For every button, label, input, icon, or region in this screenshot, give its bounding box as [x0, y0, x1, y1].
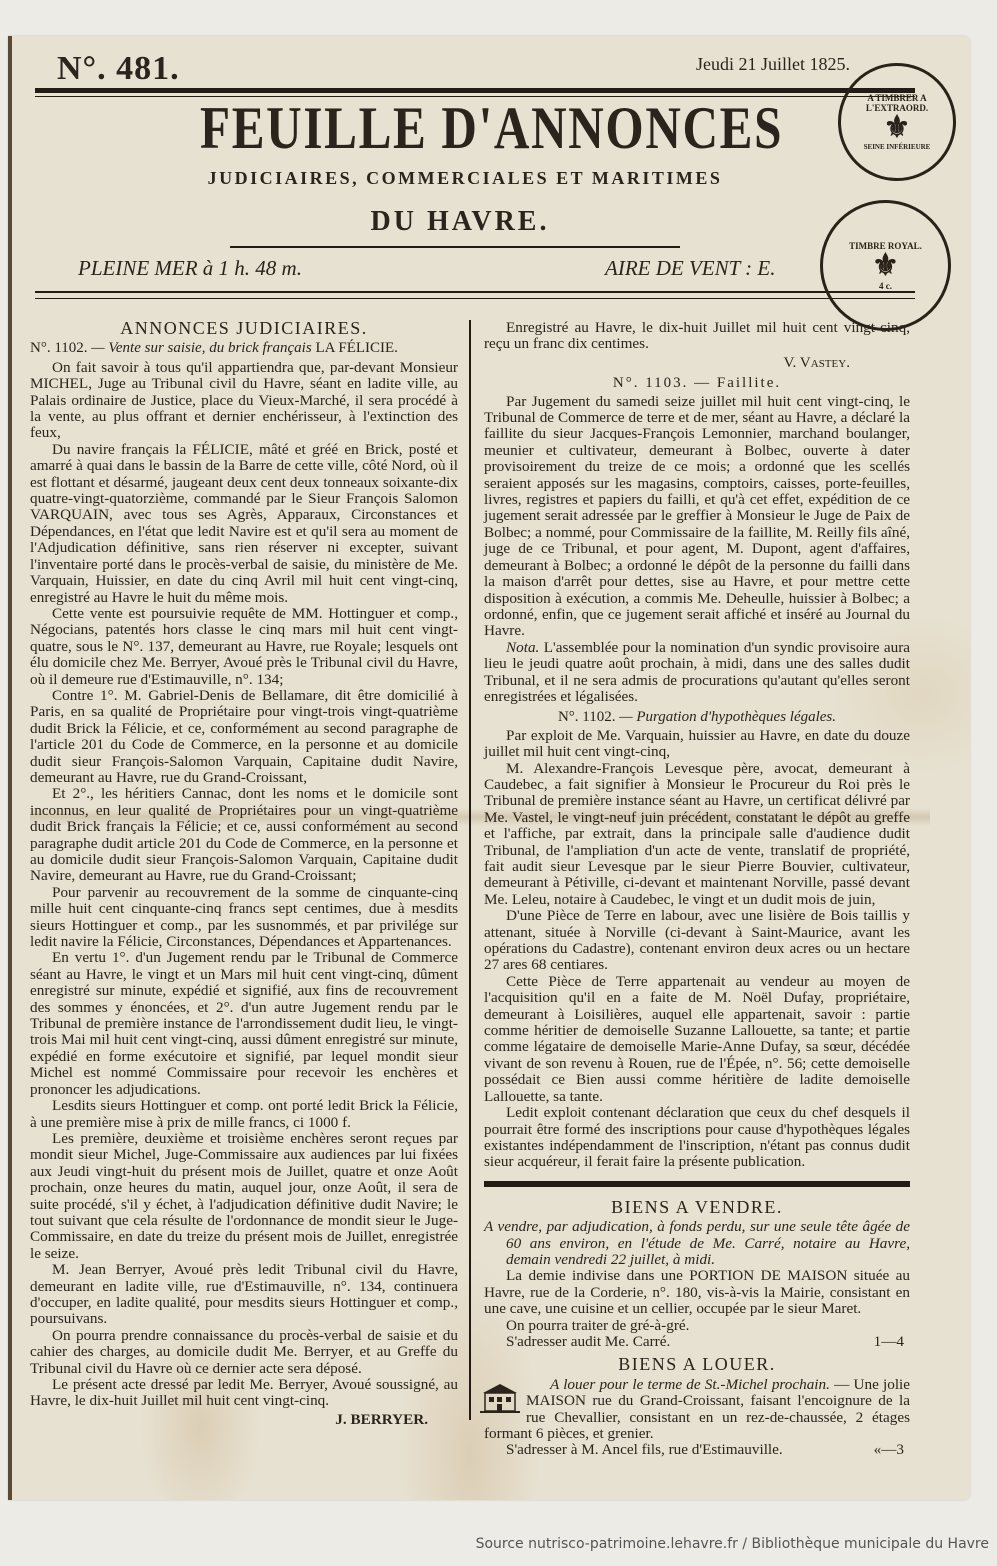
- masthead-rule-top: [35, 88, 915, 93]
- rent-ref: «—3: [852, 1442, 910, 1458]
- notice-number: N°. 1102.: [558, 709, 616, 725]
- notice-heading-purgation: N°. 1102. — Purgation d'hypothèques léga…: [484, 709, 910, 725]
- paragraph: On pourra prendre connaissance du procès…: [30, 1328, 458, 1377]
- paragraph: Par exploit de Me. Varquain, huissier au…: [484, 728, 910, 761]
- wind-info: AIRE DE VENT : E.: [605, 256, 776, 281]
- stamp-text: A TIMBRER A L'EXTRAORD.: [841, 93, 953, 113]
- paragraph: Les première, deuxième et troisième ench…: [30, 1131, 458, 1262]
- nota-text: L'assemblée pour la nomination d'un synd…: [484, 639, 910, 705]
- notice-number: N°. 1102.: [30, 340, 88, 356]
- paragraph: En vertu 1°. d'un Jugement rendu par le …: [30, 950, 458, 1098]
- issue-date: Jeudi 21 Juillet 1825.: [696, 54, 850, 75]
- section-title-biens-a-louer: BIENS A LOUER.: [484, 1356, 910, 1372]
- rent-paragraph: A louer pour le terme de St.-Michel proc…: [484, 1377, 910, 1443]
- newspaper-title: FEUILLE D'ANNONCES: [83, 94, 901, 163]
- sale-contact-row: S'adresser audit Me. Carré. 1—4: [484, 1334, 910, 1350]
- paragraph: Par Jugement du samedi seize juillet mil…: [484, 394, 910, 640]
- section-title-annonces-judiciaires: ANNONCES JUDICIAIRES.: [30, 320, 458, 336]
- sale-ref: 1—4: [852, 1334, 910, 1350]
- paragraph: Le présent acte dressé par ledit Me. Ber…: [30, 1377, 458, 1410]
- paragraph: On fait savoir à tous qu'il appartiendra…: [30, 360, 458, 442]
- paragraph: M. Alexandre-François Levesque père, avo…: [484, 761, 910, 909]
- newspaper-subtitle: JUDICIAIRES, COMMERCIALES ET MARITIMES: [75, 168, 855, 189]
- issue-number: N°. 481.: [57, 50, 180, 88]
- rent-lead: A louer pour le terme de St.-Michel proc…: [526, 1376, 830, 1393]
- nota-label: Nota.: [506, 639, 539, 656]
- tide-info: PLEINE MER à 1 h. 48 m.: [78, 256, 302, 281]
- paragraph: Du navire français la FÉLICIE, mâté et g…: [30, 442, 458, 606]
- newspaper-city: DU HAVRE.: [0, 206, 920, 238]
- fleur-de-lis-icon: ⚜: [849, 251, 922, 281]
- column-divider: [469, 320, 471, 1420]
- paragraph: Lesdits sieurs Hottinguer et comp. ont p…: [30, 1098, 458, 1131]
- rent-contact: S'adresser à M. Ancel fils, rue d'Estima…: [484, 1442, 783, 1458]
- paragraph: Pour parvenir au recouvrement de la somm…: [30, 885, 458, 951]
- stamp-bottom: SEINE INFÉRIEURE: [841, 143, 953, 151]
- left-column: ANNONCES JUDICIAIRES. N°. 1102. — Vente …: [30, 320, 458, 1428]
- sale-contact: S'adresser audit Me. Carré.: [484, 1334, 670, 1350]
- paragraph: Ledit exploit contenant déclaration que …: [484, 1105, 910, 1171]
- masthead-rule-bottom-thin: [35, 298, 915, 299]
- notice-heading-1103: N°. 1103. — Faillite.: [484, 375, 910, 391]
- registration-note: Enregistré au Havre, le dix-huit Juillet…: [484, 320, 910, 353]
- paragraph: Et 2°., les héritiers Cannac, dont les n…: [30, 786, 458, 884]
- masthead-rule-bottom: [35, 291, 915, 293]
- stamp-bottom: 4 c.: [849, 281, 922, 291]
- house-icon: [480, 1381, 520, 1417]
- signature-berryer: J. BERRYER.: [30, 1412, 458, 1428]
- binding-edge: [8, 36, 12, 1500]
- sale-paragraph: La demie indivise dans une PORTION DE MA…: [484, 1268, 910, 1317]
- sale-lead: A vendre, par adjudication, à fonds perd…: [484, 1219, 910, 1268]
- nota-paragraph: Nota. L'assemblée pour la nomination d'u…: [484, 640, 910, 706]
- paragraph: M. Jean Berryer, Avoué près ledit Tribun…: [30, 1262, 458, 1328]
- section-separator: [484, 1181, 910, 1187]
- signature-vastey: V. Vastey.: [484, 355, 910, 371]
- right-column: Enregistré au Havre, le dix-huit Juillet…: [484, 320, 910, 1459]
- notice-title: — Vente sur saisie, du brick français: [91, 340, 311, 356]
- source-credit: Source nutrisco-patrimoine.lehavre.fr / …: [476, 1536, 989, 1552]
- notice-heading-1102: N°. 1102. — Vente sur saisie, du brick f…: [30, 340, 458, 356]
- fleur-de-lis-icon: ⚜: [841, 113, 953, 143]
- paragraph: Contre 1°. M. Gabriel-Denis de Bellamare…: [30, 688, 458, 786]
- section-title-biens-a-vendre: BIENS A VENDRE.: [484, 1199, 910, 1215]
- stamp-extraordinaire: A TIMBRER A L'EXTRAORD. ⚜ SEINE INFÉRIEU…: [838, 63, 956, 181]
- stamp-timbre-royal: TIMBRE ROYAL. ⚜ 4 c.: [820, 200, 951, 331]
- notice-ship: LA FÉLICIE.: [315, 340, 398, 356]
- city-underline: [230, 246, 680, 248]
- paragraph: D'une Pièce de Terre en labour, avec une…: [484, 908, 910, 974]
- rent-contact-row: S'adresser à M. Ancel fils, rue d'Estima…: [484, 1442, 910, 1458]
- sale-line: On pourra traiter de gré-à-gré.: [484, 1318, 910, 1334]
- paragraph: Cette Pièce de Terre appartenait au vend…: [484, 974, 910, 1105]
- notice-title: — Purgation d'hypothèques légales.: [619, 709, 836, 725]
- paragraph: Cette vente est poursuivie requête de MM…: [30, 606, 458, 688]
